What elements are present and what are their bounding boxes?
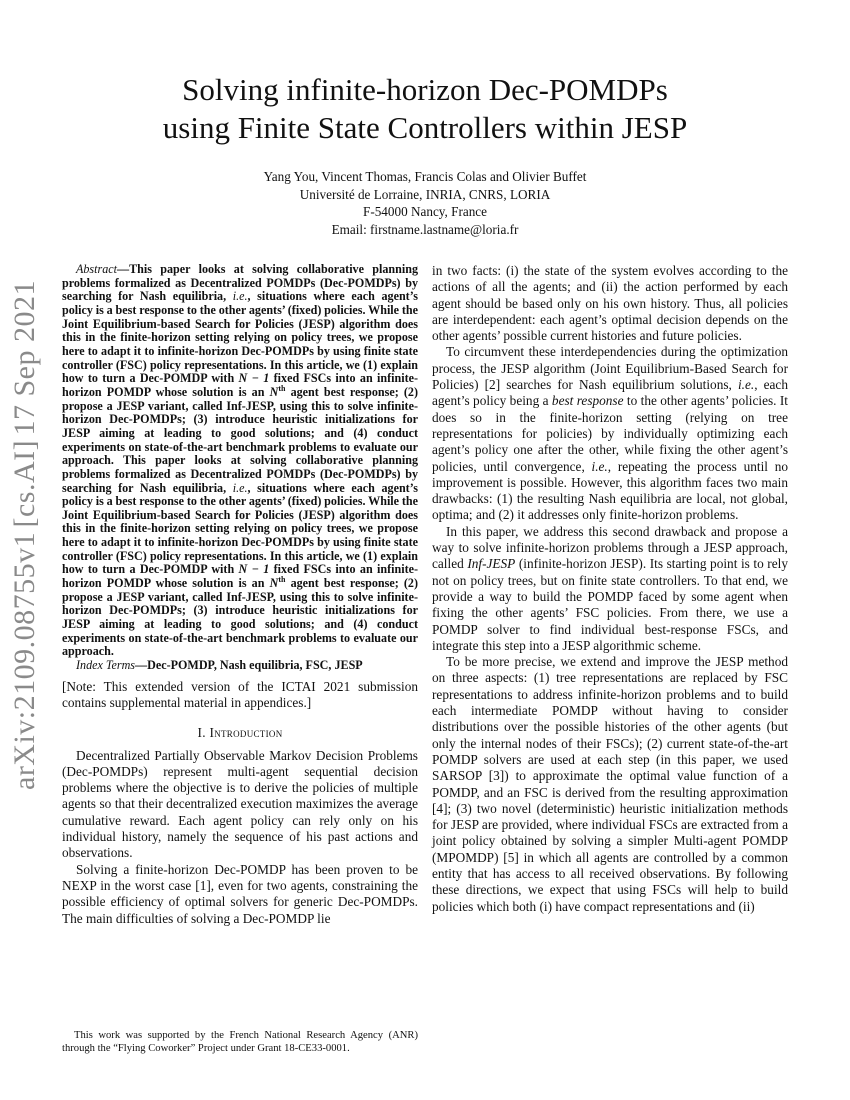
intro-paragraph-2-continued: in two facts: (i) the state of the syste… <box>432 263 788 344</box>
title-line-2: using Finite State Controllers within JE… <box>0 109 850 147</box>
abstract: Abstract—This paper looks at solving col… <box>62 263 418 659</box>
intro-paragraph-2: Solving a finite-horizon Dec-POMDP has b… <box>62 862 418 927</box>
author-email: Email: firstname.lastname@loria.fr <box>0 221 850 239</box>
title-line-1: Solving infinite-horizon Dec-POMDPs <box>0 71 850 109</box>
author-address: F-54000 Nancy, France <box>0 203 850 221</box>
index-terms: Index Terms—Dec-POMDP, Nash equilibria, … <box>62 659 418 673</box>
paper-title: Solving infinite-horizon Dec-POMDPs usin… <box>0 71 850 147</box>
intro-paragraph-1: Decentralized Partially Observable Marko… <box>62 748 418 862</box>
right-column: in two facts: (i) the state of the syste… <box>432 263 788 915</box>
funding-footnote: This work was supported by the French Na… <box>62 1029 418 1055</box>
left-column: Abstract—This paper looks at solving col… <box>62 263 418 927</box>
author-block: Yang You, Vincent Thomas, Francis Colas … <box>0 168 850 238</box>
section-heading-introduction: I. Introduction <box>62 725 418 741</box>
intro-paragraph-5: To be more precise, we extend and improv… <box>432 654 788 915</box>
author-names: Yang You, Vincent Thomas, Francis Colas … <box>0 168 850 186</box>
arxiv-category: [cs.AI] <box>8 440 42 528</box>
abstract-label: Abstract <box>76 262 117 276</box>
extended-version-note: [Note: This extended version of the ICTA… <box>62 679 418 712</box>
index-terms-label: Index Terms <box>76 658 135 672</box>
intro-paragraph-4: In this paper, we address this second dr… <box>432 524 788 654</box>
arxiv-stamp: arXiv:2109.08755v1 [cs.AI] 17 Sep 2021 <box>8 280 42 790</box>
author-affiliation: Université de Lorraine, INRIA, CNRS, LOR… <box>0 186 850 204</box>
arxiv-id: arXiv:2109.08755v1 <box>8 532 42 790</box>
arxiv-date: 17 Sep 2021 <box>8 280 42 436</box>
intro-paragraph-3: To circumvent these interdependencies du… <box>432 344 788 523</box>
